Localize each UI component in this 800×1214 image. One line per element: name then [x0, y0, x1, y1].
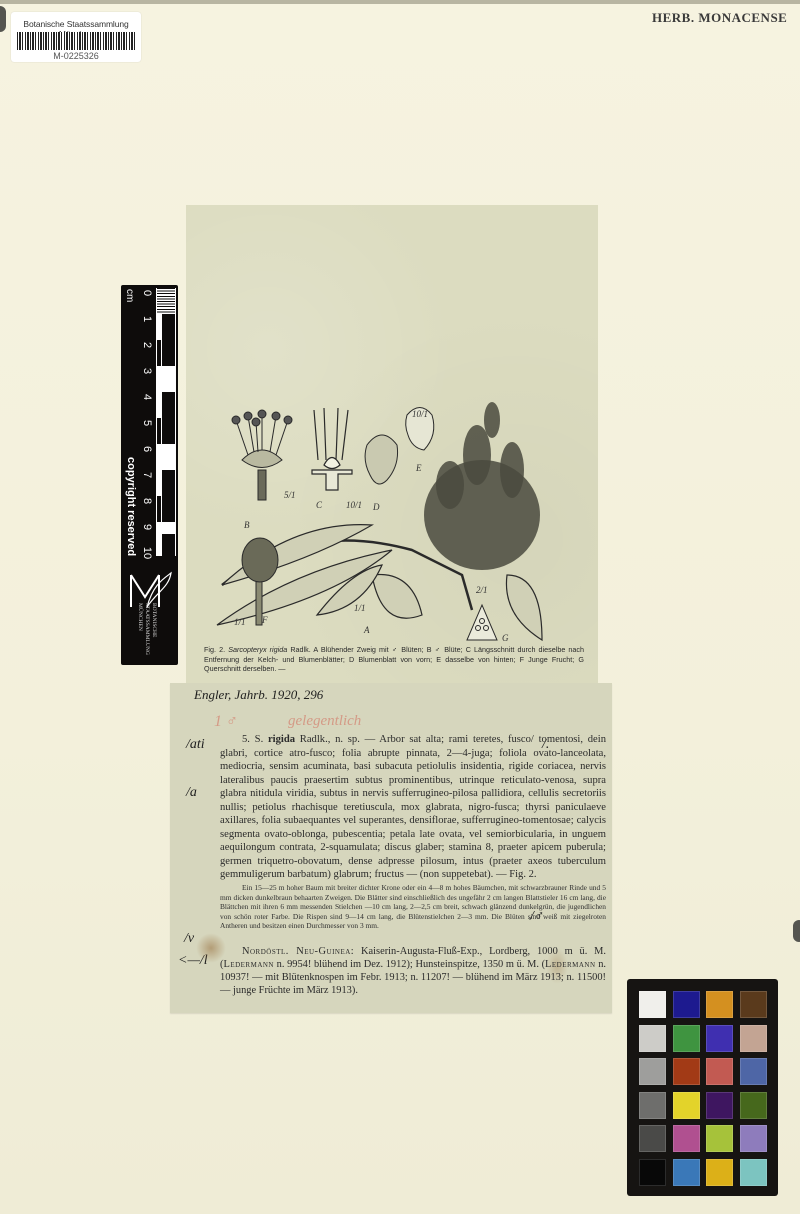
clip-left-top: [0, 6, 6, 32]
botanical-illustration-icon: [212, 400, 572, 645]
color-swatch: [740, 1159, 767, 1186]
color-swatch: [740, 1092, 767, 1119]
color-swatch: [706, 1092, 733, 1119]
logo-text: BOTANISCHE STAATSSAMMLUNG MÜNCHEN: [136, 603, 157, 655]
barcode-icon: [17, 32, 135, 50]
fig-label-a: A: [364, 625, 370, 635]
copyright-text: copyright reserved: [125, 457, 137, 556]
color-swatch: [673, 1125, 700, 1152]
red-annotation: gelegentlich: [288, 713, 361, 730]
scale-numbers: 0 1 2 3 4 5 6 7 8 9 10: [139, 285, 155, 565]
fig-scale-c: 10/1: [346, 500, 362, 510]
red-annotation: 1 ♂: [214, 713, 238, 731]
color-swatch: [673, 1025, 700, 1052]
fig-label-f: F: [262, 615, 268, 625]
locality-citation: Nordöstl. Neu-Guinea: Kaiserin-Augusta-F…: [220, 945, 606, 997]
color-swatch: [639, 1025, 666, 1052]
color-swatch: [673, 991, 700, 1018]
fig-label-e: E: [416, 463, 422, 473]
color-swatch: [639, 1058, 666, 1085]
color-swatch: [639, 1159, 666, 1186]
description-clipping: Engler, Jahrb. 1920, 296 1 ♂ gelegentlic…: [170, 683, 612, 1013]
latin-description: 5. S. rigida Radlk., n. sp. — Arbor sat …: [220, 733, 606, 882]
figure-caption: Fig. 2. Sarcopteryx rigida Radlk. A Blüh…: [204, 645, 584, 674]
color-swatch: [673, 1058, 700, 1085]
color-swatch: [673, 1159, 700, 1186]
color-swatch: [639, 1092, 666, 1119]
mm-ticks: [157, 288, 175, 314]
color-swatch: [706, 991, 733, 1018]
clip-right: [793, 920, 800, 942]
barcode-label: Botanische Staatssammlung München M-0225…: [11, 12, 141, 62]
figure-plate: B 5/1 C 10/1 D 10/1 E F 1/1 A 1/1 2/1 G …: [186, 205, 598, 683]
german-description: Ein 15—25 m hoher Baum mit breiter dicht…: [220, 883, 606, 931]
margin-note: /a: [186, 785, 197, 801]
color-swatch: [740, 991, 767, 1018]
scale-bar: 0 1 2 3 4 5 6 7 8 9 10 cm copyright rese…: [121, 285, 178, 665]
color-swatch: [740, 1058, 767, 1085]
ruler: [156, 288, 176, 556]
color-swatch: [639, 1125, 666, 1152]
margin-note: /v: [184, 931, 194, 947]
fig-scale-a: 1/1: [354, 603, 366, 613]
color-swatch: [740, 1025, 767, 1052]
color-calibration-chart: [627, 979, 778, 1196]
fig-scale-d: 10/1: [412, 409, 428, 419]
handwritten-reference: Engler, Jahrb. 1920, 296: [194, 687, 323, 703]
color-swatch: [673, 1092, 700, 1119]
sheet-top-edge: [0, 0, 800, 4]
fig-scale-b: 5/1: [284, 490, 296, 500]
fig-label-c: C: [316, 500, 322, 510]
fig-scale-f: 1/1: [234, 617, 246, 627]
scale-unit: cm: [124, 289, 135, 302]
color-swatch: [740, 1125, 767, 1152]
color-swatch: [706, 1159, 733, 1186]
fig-label-d: D: [373, 502, 380, 512]
fig-label-g: G: [502, 633, 509, 643]
color-swatch: [706, 1058, 733, 1085]
herbarium-stamp: HERB. MONACENSE: [652, 10, 787, 26]
color-swatch: [706, 1025, 733, 1052]
barcode-number: M-0225326: [11, 51, 141, 61]
fig-label-b: B: [244, 520, 250, 530]
herbarium-sheet: Botanische Staatssammlung München M-0225…: [0, 0, 800, 1214]
color-swatch: [639, 991, 666, 1018]
fig-scale-g: 2/1: [476, 585, 488, 595]
margin-note: /ati: [186, 737, 205, 753]
color-swatch: [706, 1125, 733, 1152]
